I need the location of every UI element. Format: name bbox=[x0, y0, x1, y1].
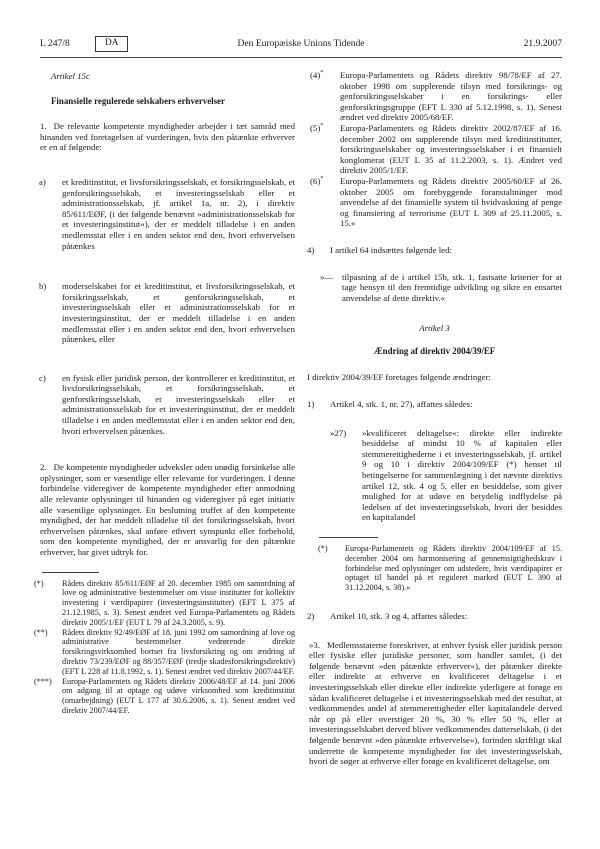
section-heading: Finansielle regulerede selskabers erhver… bbox=[51, 96, 295, 107]
list-item-c-text: en fysisk eller juridisk person, der kon… bbox=[62, 373, 295, 436]
reference-4: (4)* Europa-Parlamentets og Rådets direk… bbox=[307, 70, 562, 123]
footnote-3: (***) Europa-Parlamentets og Rådets dire… bbox=[40, 677, 295, 716]
right-column: (4)* Europa-Parlamentets og Rådets direk… bbox=[307, 70, 562, 767]
reference-4-marker: (4)* bbox=[310, 70, 324, 81]
header-rule bbox=[40, 57, 562, 58]
footnote-separator-right bbox=[319, 537, 378, 538]
footnote-1: (*) Rådets direktiv 85/611/EØF af 20. de… bbox=[40, 579, 295, 628]
amendment-item-2-text: Artikel 10, stk. 3 og 4, affattes sålede… bbox=[330, 611, 467, 621]
amendment-item-1-marker: 1) bbox=[307, 399, 314, 410]
page-header: L 247/8 Den Europæiske Unions Tidende DA… bbox=[40, 36, 562, 53]
indent-dash-item: »— tilpasning af de i artikel 15b, stk. … bbox=[320, 272, 562, 304]
reference-6-text: Europa-Parlamentets og Rådets direktiv 2… bbox=[340, 176, 562, 228]
article-3-intro: I direktiv 2004/39/EF foretages følgende… bbox=[307, 372, 562, 383]
amendment-item-1-text: Artikel 4, stk. 1, nr. 27), affattes sål… bbox=[330, 399, 473, 409]
paragraph-2: 2.De kompetente myndigheder udveksler ud… bbox=[40, 462, 295, 557]
footnote-1-marker: (*) bbox=[34, 579, 44, 589]
point-27-marker: »27) bbox=[330, 428, 346, 439]
left-column: Artikel 15c Finansielle regulerede selsk… bbox=[40, 70, 295, 767]
dash-marker: »— bbox=[320, 272, 333, 283]
indent-dash-text: tilpasning af de i artikel 15b, stk. 1, … bbox=[342, 272, 562, 303]
paragraph-1-number: 1. bbox=[40, 121, 47, 131]
list-item-a-marker: a) bbox=[39, 177, 46, 188]
footnote-star-marker: (*) bbox=[318, 544, 328, 554]
page-body: Artikel 15c Finansielle regulerede selsk… bbox=[40, 70, 562, 767]
quoted-paragraph-3-text: Medlemsstaterne foreskriver, at enhver f… bbox=[309, 640, 562, 767]
reference-4-text: Europa-Parlamentets og Rådets direktiv 9… bbox=[340, 70, 562, 122]
list-item-a: a) et kreditinstitut, et livsforsikrings… bbox=[40, 177, 295, 251]
footnote-2: (**) Rådets direktiv 92/49/EØF af 18. ju… bbox=[40, 628, 295, 677]
footnotes: (*) Rådets direktiv 85/611/EØF af 20. de… bbox=[40, 579, 295, 716]
paragraph-2-text: De kompetente myndigheder udveksler uden… bbox=[40, 462, 295, 557]
footnote-separator bbox=[42, 572, 99, 573]
point-27: »27) »kvalificeret deltagelse«: direkte … bbox=[330, 428, 562, 523]
amendment-item-2-marker: 2) bbox=[307, 611, 314, 622]
reference-5-marker: (5)* bbox=[310, 123, 324, 134]
paragraph-1: 1.De relevante kompetente myndigheder ar… bbox=[40, 121, 295, 153]
footnote-2-marker: (**) bbox=[34, 628, 48, 638]
issue-date: 21.9.2007 bbox=[524, 39, 562, 50]
amendment-item-2: 2) Artikel 10, stk. 3 og 4, affattes sål… bbox=[307, 611, 562, 622]
list-item-b-marker: b) bbox=[39, 281, 46, 292]
amendment-item-1: 1) Artikel 4, stk. 1, nr. 27), affattes … bbox=[307, 399, 562, 410]
quoted-paragraph-3: »3.Medlemsstaterne foreskriver, at enhve… bbox=[309, 640, 562, 767]
point-27-text: »kvalificeret deltagelse«: direkte eller… bbox=[362, 428, 562, 523]
reference-4-asterisk: * bbox=[320, 69, 323, 76]
reference-5-text: Europa-Parlamentets og Rådets direktiv 2… bbox=[340, 123, 562, 175]
quoted-paragraph-3-number: »3. bbox=[309, 640, 320, 650]
article-3-label: Artikel 3 bbox=[307, 323, 562, 334]
list-item-b-text: moderselskabet for et kreditinstitut, et… bbox=[62, 281, 295, 344]
reference-6-marker: (6)* bbox=[310, 176, 324, 187]
footnote-1-text: Rådets direktiv 85/611/EØF af 20. decemb… bbox=[62, 579, 295, 627]
article-3-heading: Ændring af direktiv 2004/39/EF bbox=[307, 346, 562, 357]
amendment-item-4-text: I artikel 64 indsættes følgende led: bbox=[330, 245, 452, 255]
reference-5: (5)* Europa-Parlamentets og Rådets direk… bbox=[307, 123, 562, 176]
list-item-c: c) en fysisk eller juridisk person, der … bbox=[40, 373, 295, 437]
footnote-2-text: Rådets direktiv 92/49/EØF af 18. juni 19… bbox=[62, 628, 295, 676]
amendment-item-4-marker: 4) bbox=[307, 245, 314, 256]
amendment-item-4: 4) I artikel 64 indsættes følgende led: bbox=[307, 245, 562, 256]
article-15c-label: Artikel 15c bbox=[51, 71, 295, 82]
footnote-star: (*) Europa-Parlamentets og Rådets direkt… bbox=[318, 544, 562, 593]
language-badge: DA bbox=[95, 36, 128, 52]
list-item-a-text: et kreditinstitut, et livsforsikringssel… bbox=[62, 177, 295, 251]
footnote-star-text: Europa-Parlamentets og Rådets direktiv 2… bbox=[345, 544, 562, 592]
footnote-3-text: Europa-Parlamentets og Rådets direktiv 2… bbox=[62, 677, 295, 715]
footnote-3-marker: (***) bbox=[34, 677, 52, 687]
paragraph-2-number: 2. bbox=[40, 462, 47, 472]
reference-6-asterisk: * bbox=[320, 175, 323, 182]
list-item-b: b) moderselskabet for et kreditinstitut,… bbox=[40, 281, 295, 345]
paragraph-1-text: De relevante kompetente myndigheder arbe… bbox=[40, 121, 295, 152]
journal-page: L 247/8 Den Europæiske Unions Tidende DA… bbox=[0, 0, 600, 849]
reference-6: (6)* Europa-Parlamentets og Rådets direk… bbox=[307, 176, 562, 229]
reference-5-asterisk: * bbox=[320, 122, 323, 129]
list-item-c-marker: c) bbox=[39, 373, 46, 384]
